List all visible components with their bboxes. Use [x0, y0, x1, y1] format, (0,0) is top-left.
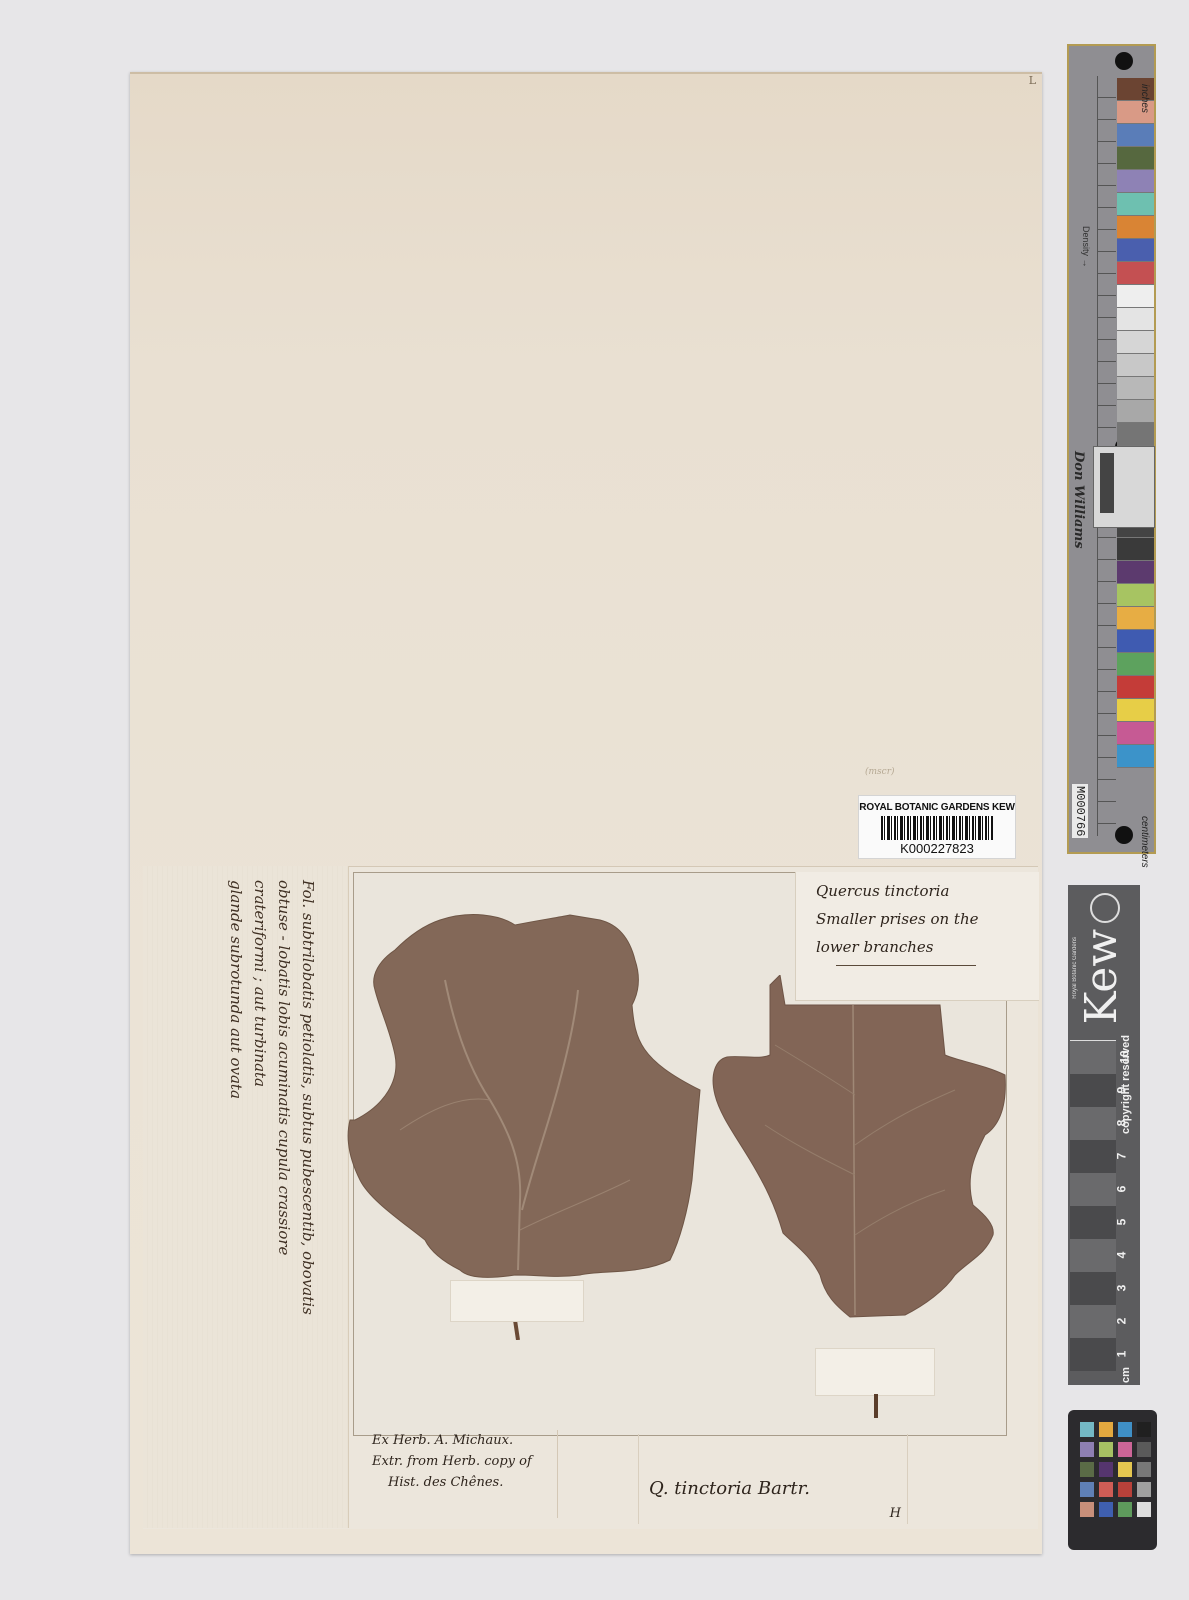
michaux-line: Ex Herb. A. Michaux. — [372, 1430, 557, 1451]
inches-label: inches — [1139, 84, 1150, 113]
color-patch — [1080, 1442, 1094, 1457]
barcode-label: ROYAL BOTANIC GARDENS KEW K000227823 — [858, 795, 1016, 859]
color-patch — [1137, 1422, 1151, 1437]
registration-dot-icon — [1115, 52, 1133, 70]
scale-tick-label: 4 — [1114, 1252, 1128, 1259]
color-patch — [1099, 1442, 1113, 1457]
color-checker — [1068, 1410, 1157, 1550]
color-swatch — [1117, 331, 1154, 354]
det-line: Quercus tinctoria — [816, 882, 949, 900]
scale-tick-label: 5 — [1114, 1219, 1128, 1226]
det-line: lower branches — [816, 938, 934, 956]
color-swatch — [1117, 216, 1154, 239]
scale-segment — [1070, 1271, 1116, 1305]
michaux-label: Ex Herb. A. Michaux. Extr. from Herb. co… — [372, 1430, 558, 1518]
scale-segment — [1070, 1238, 1116, 1272]
color-swatch — [1117, 561, 1154, 584]
gray-target-icon — [1093, 446, 1155, 528]
royal-crest-icon — [1090, 893, 1120, 923]
color-swatch — [1117, 423, 1154, 446]
leaf-specimen-left — [340, 880, 710, 1340]
scale-tick-label: 8 — [1114, 1120, 1128, 1127]
color-patch — [1118, 1442, 1132, 1457]
color-swatch — [1117, 124, 1154, 147]
scale-segment — [1070, 1304, 1116, 1338]
barcode-icon — [881, 816, 993, 840]
scale-segment — [1070, 1172, 1116, 1206]
color-swatch — [1117, 354, 1154, 377]
vertical-handwritten-notes: Fol. subtrilobatis petiolatis, subtus pu… — [230, 880, 320, 1530]
color-patch — [1080, 1482, 1094, 1497]
scale-tick-label: 6 — [1114, 1186, 1128, 1193]
color-patch — [1137, 1442, 1151, 1457]
color-patch — [1137, 1482, 1151, 1497]
color-patch — [1099, 1482, 1113, 1497]
color-patch — [1080, 1462, 1094, 1477]
mounting-strap — [815, 1348, 935, 1396]
color-swatch — [1117, 400, 1154, 423]
leaf-specimen-right — [705, 975, 1010, 1320]
note-line: Fol. subtrilobatis petiolatis, subtus pu… — [296, 880, 320, 1530]
species-name: Q. tinctoria Bartr. — [649, 1478, 810, 1499]
michaux-line: Extr. from Herb. copy of — [372, 1451, 557, 1472]
checker-grid — [1080, 1422, 1151, 1517]
scale-segment — [1070, 1073, 1116, 1107]
color-patch — [1099, 1422, 1113, 1437]
color-patch — [1137, 1502, 1151, 1517]
mounting-strap — [450, 1280, 584, 1322]
color-swatch — [1117, 653, 1154, 676]
scale-tick-label: 9 — [1114, 1087, 1128, 1094]
color-swatch — [1117, 630, 1154, 653]
bottom-determination-label: Q. tinctoria Bartr. H — [638, 1434, 908, 1524]
kew-subtitle: Royal Botanic Gardens — [1072, 937, 1078, 999]
scale-tick-label: 2 — [1114, 1318, 1128, 1325]
cm-unit-label: cm — [1120, 1367, 1132, 1383]
note-line: obtuse - lobatis lobis acuminatis cupula… — [272, 880, 296, 1530]
color-patch — [1118, 1462, 1132, 1477]
scale-tick-label: 3 — [1114, 1285, 1128, 1292]
institution-name: ROYAL BOTANIC GARDENS KEW — [859, 802, 1015, 813]
color-swatch — [1117, 584, 1154, 607]
note-line: glande subrotunda aut ovata — [224, 880, 248, 1530]
michaux-line: Hist. des Chênes. — [372, 1472, 557, 1493]
color-swatch — [1117, 170, 1154, 193]
cm-scale: 12345678910 — [1070, 1025, 1116, 1370]
color-swatch — [1117, 285, 1154, 308]
color-calibration-bar: Density → Don Williams inches centimeter… — [1067, 44, 1156, 854]
centimeters-label: centimeters — [1139, 816, 1150, 868]
bar-code-label: M000766 — [1072, 784, 1088, 838]
color-swatch — [1117, 308, 1154, 331]
scale-tick-label: 1 — [1114, 1351, 1128, 1358]
color-swatch — [1117, 722, 1154, 745]
color-patch — [1118, 1502, 1132, 1517]
density-label: Density → — [1071, 226, 1091, 268]
color-patch — [1118, 1482, 1132, 1497]
color-swatch — [1117, 538, 1154, 561]
scale-segment — [1070, 1337, 1116, 1371]
det-line: Smaller prises on the — [816, 910, 979, 928]
registration-dot-icon — [1115, 826, 1133, 844]
pencil-mark: (mscr) — [865, 767, 895, 777]
color-patch — [1080, 1502, 1094, 1517]
color-patch — [1080, 1422, 1094, 1437]
determination-label: Quercus tinctoria Smaller prises on the … — [795, 872, 1039, 1001]
note-line: crateriformi ; aut turbinata — [248, 880, 272, 1530]
herbarium-mark: H — [890, 1506, 901, 1521]
scale-segment — [1070, 1040, 1116, 1074]
color-swatch — [1117, 607, 1154, 630]
color-swatch — [1117, 745, 1154, 768]
scale-segment — [1070, 1205, 1116, 1239]
color-swatches — [1117, 78, 1154, 768]
kew-scale-bar: Kew Royal Botanic Gardens copyright rese… — [1068, 885, 1140, 1385]
color-swatch — [1117, 239, 1154, 262]
color-swatch — [1117, 377, 1154, 400]
color-swatch — [1117, 193, 1154, 216]
bar-brand: Don Williams — [1071, 451, 1086, 549]
kew-logo: Kew — [1080, 929, 1124, 1024]
scale-tick-label: 7 — [1114, 1153, 1128, 1160]
color-patch — [1099, 1502, 1113, 1517]
sheet-corner-note: L — [1029, 74, 1036, 87]
scale-segment — [1070, 1139, 1116, 1173]
color-patch — [1118, 1422, 1132, 1437]
color-swatch — [1117, 147, 1154, 170]
color-swatch — [1117, 699, 1154, 722]
color-patch — [1137, 1462, 1151, 1477]
barcode-number: K000227823 — [859, 841, 1015, 856]
color-swatch — [1117, 262, 1154, 285]
scale-tick-label: 10 — [1118, 1050, 1132, 1063]
color-patch — [1099, 1462, 1113, 1477]
leaf-petiole — [874, 1394, 878, 1418]
scale-segment — [1070, 1106, 1116, 1140]
color-swatch — [1117, 676, 1154, 699]
underline — [836, 965, 976, 966]
